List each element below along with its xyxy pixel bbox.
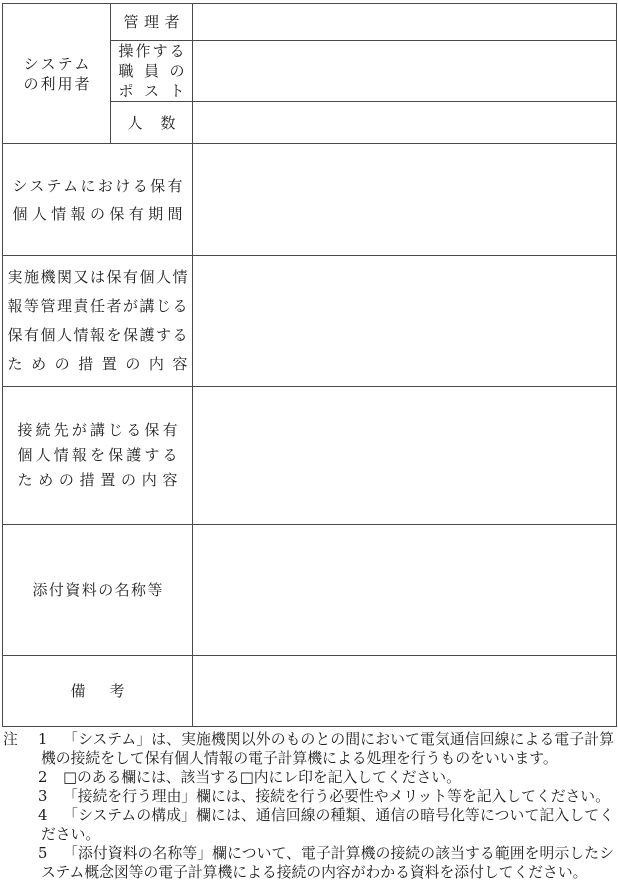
note-text: 「添付資料の名称等」欄について、電子計算機の接続の該当する範囲を明示したシステム… [41, 845, 614, 881]
note-item-1: 1「システム」は、実施機関以外のものとの間において電気通信回線による電子計算機の… [0, 730, 614, 768]
personal-info-system-form-table: システム の利用者 管理者 操作する 職員の ポスト 人数 [2, 3, 617, 727]
row-label-remarks: 備考 [3, 656, 193, 726]
label-line: ための措置の内容 [18, 468, 178, 493]
row-label-agency-protection-measures: 実施機関又は保有個人情 報等管理責任者が講じる 保有個人情報を保護する ための措… [3, 256, 193, 387]
note-number: 5 [38, 844, 63, 863]
row-label-retention-period: システムにおける保有 個人情報の保有期間 [3, 144, 193, 256]
label-line: 接続先が講じる保有 [18, 418, 178, 443]
field-remarks [193, 656, 616, 726]
label-line: ための措置の内容 [8, 350, 188, 379]
note-number: 2 [38, 768, 63, 787]
field-administrator [193, 4, 616, 41]
label-line: 保有個人情報を保護する [8, 321, 188, 350]
label-line: システムにおける保有 [13, 172, 183, 200]
row-label-administrator: 管理者 [111, 4, 193, 41]
row-label-system-users: システム の利用者 [3, 4, 111, 144]
row-label-operator-posts: 操作する 職員の ポスト [111, 41, 193, 102]
note-number: 1 [38, 730, 63, 749]
field-operator-posts [193, 41, 616, 102]
note-number: 4 [38, 806, 63, 825]
field-agency-protection-measures [193, 256, 616, 387]
row-label-attachments: 添付資料の名称等 [3, 525, 193, 656]
note-item-3: 3「接続を行う理由」欄には、接続を行う必要性やメリット等を記入してください。 [0, 787, 614, 806]
label-line: 報等管理責任者が講じる [8, 292, 188, 321]
note-item-2: 2□のある欄には、該当する□内にレ印を記入してください。 [0, 768, 614, 787]
note-text: 「システム」は、実施機関以外のものとの間において電気通信回線による電子計算機の接… [41, 731, 614, 767]
label-line: ポスト [119, 81, 185, 101]
label-line: 人数 [128, 113, 176, 133]
label-line: 添付資料の名称等 [33, 580, 163, 600]
notes-section: 注 1「システム」は、実施機関以外のものとの間において電気通信回線による電子計算… [0, 730, 614, 882]
label-line: 個人情報を保護する [18, 443, 178, 468]
field-connected-party-measures [193, 387, 616, 525]
row-label-headcount: 人数 [111, 102, 193, 144]
label-line: 職員の [119, 61, 185, 81]
note-text: □のある欄には、該当する□内にレ印を記入してください。 [63, 769, 461, 786]
notes-marker: 注 [3, 730, 18, 749]
note-text: 「接続を行う理由」欄には、接続を行う必要性やメリット等を記入してください。 [63, 788, 610, 805]
field-retention-period [193, 144, 616, 256]
note-item-4: 4「システムの構成」欄には、通信回線の種類、通信の暗号化等について記入してくださ… [0, 806, 614, 844]
field-attachments [193, 525, 616, 656]
form-document-page: システム の利用者 管理者 操作する 職員の ポスト 人数 [0, 0, 618, 883]
note-text: 「システムの構成」欄には、通信回線の種類、通信の暗号化等について記入してください… [41, 807, 614, 843]
label-line: 備考 [71, 681, 125, 701]
label-line: 個人情報の保有期間 [13, 200, 183, 228]
row-label-connected-party-measures: 接続先が講じる保有 個人情報を保護する ための措置の内容 [3, 387, 193, 525]
label-line: の利用者 [24, 74, 90, 94]
label-line: システム [24, 54, 90, 74]
label-line: 操作する [119, 41, 185, 61]
note-number: 3 [38, 787, 63, 806]
field-headcount [193, 102, 616, 144]
label-line: 管理者 [124, 12, 180, 32]
note-item-5: 5「添付資料の名称等」欄について、電子計算機の接続の該当する範囲を明示したシステ… [0, 844, 614, 882]
label-line: 実施機関又は保有個人情 [8, 263, 188, 292]
